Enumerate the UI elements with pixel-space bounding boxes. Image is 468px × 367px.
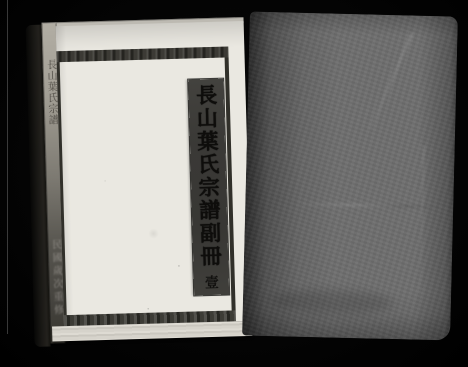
book-photograph: 長山葉氏宗譜 民國歲次重修 長山葉氏宗譜副冊壹 (0, 0, 468, 367)
paper-crease (370, 33, 413, 129)
cover-page: 長山葉氏宗譜副冊壹 (56, 21, 252, 326)
scan-edge-line (7, 0, 8, 334)
paper-crease (419, 146, 425, 296)
book-front-cover: 長山葉氏宗譜 民國歲次重修 長山葉氏宗譜副冊壹 (26, 17, 253, 345)
paper-shadow-blotch (273, 288, 394, 315)
right-page (242, 12, 458, 341)
title-slip: 長山葉氏宗譜副冊壹 (188, 79, 229, 296)
title-slip-text: 長山葉氏宗譜副冊 (193, 84, 223, 269)
spine-faint-inscription: 民國歲次重修 (50, 239, 63, 317)
title-slip-column: 長山葉氏宗譜副冊壹 (194, 79, 223, 296)
spine-title-text: 長山葉氏宗譜 (45, 59, 58, 125)
volume-number-text: 壹 (203, 275, 219, 289)
